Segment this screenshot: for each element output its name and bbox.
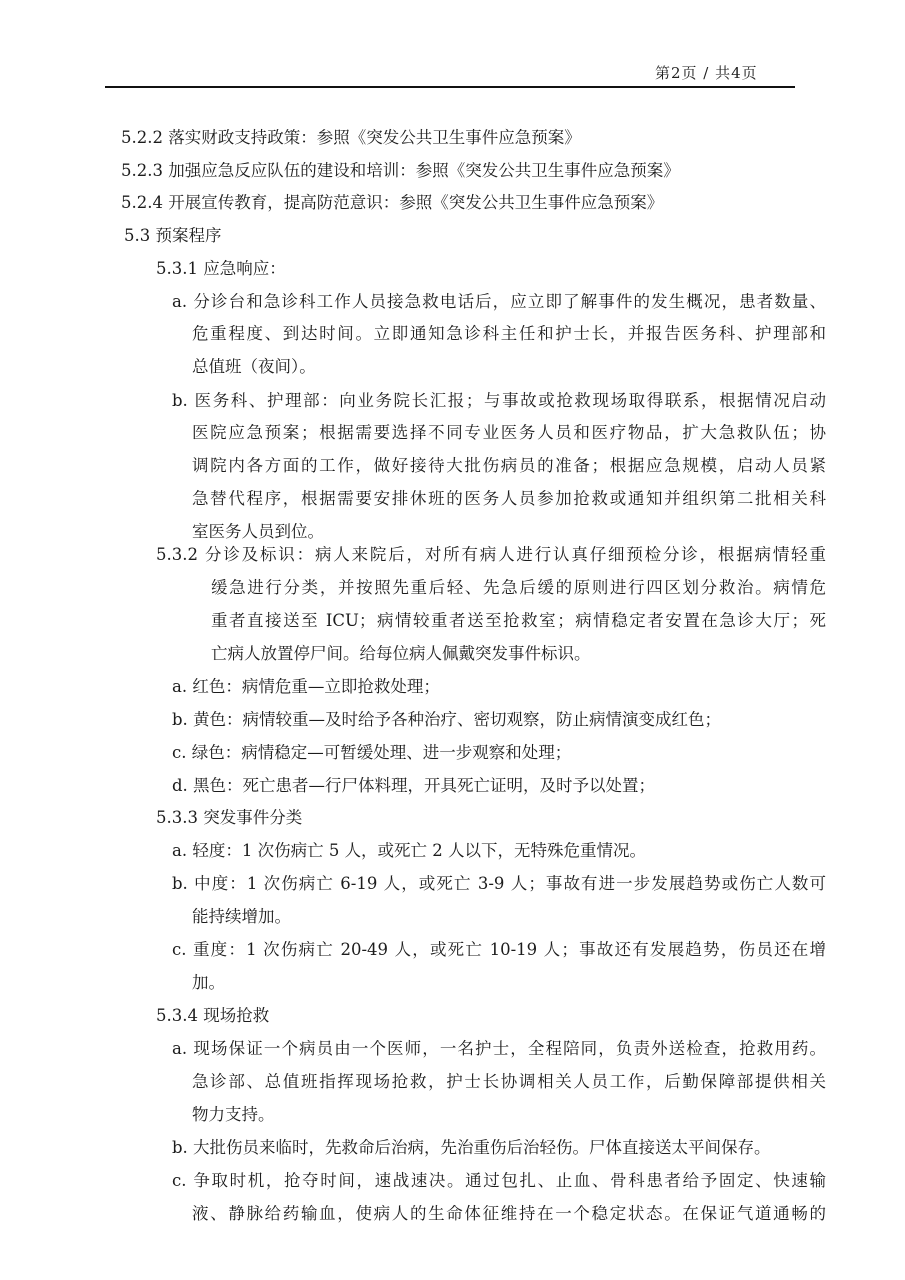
item-5-3-1-a-line-1: a. 分诊台和急诊科工作人员接急救电话后，应立即了解事件的发生概况，患者数量、 bbox=[172, 291, 826, 313]
section-5-3-heading: 5.3 预案程序 bbox=[124, 225, 222, 247]
severity-severe-line-1: c. 重度：1 次伤病亡 20-49 人，或死亡 10-19 人；事故还有发展趋… bbox=[172, 939, 826, 961]
rescue-a-line-1: a. 现场保证一个病员由一个医师，一名护士，全程陪同，负责外送检查，抢救用药。 bbox=[172, 1038, 826, 1060]
triage-green: c. 绿色：病情稳定—可暂缓处理、进一步观察和处理； bbox=[172, 742, 571, 764]
document-page: 第2页 / 共4页 5.2.2 落实财政支持政策：参照《突发公共卫生事件应急预案… bbox=[0, 0, 905, 1280]
item-5-3-1-b-line-2: 医院应急预案；根据需要选择不同专业医务人员和医疗物品，扩大急救队伍；协 bbox=[192, 422, 826, 444]
severity-moderate-line-1: b. 中度：1 次伤病亡 6-19 人，或死亡 3-9 人；事故有进一步发展趋势… bbox=[172, 873, 826, 895]
severity-severe-line-2: 加。 bbox=[192, 972, 225, 994]
section-5-2-4: 5.2.4 开展宣传教育，提高防范意识：参照《突发公共卫生事件应急预案》 bbox=[121, 192, 663, 214]
rescue-c-line-2: 液、静脉给药输血，使病人的生命体征维持在一个稳定状态。在保证气道通畅的 bbox=[192, 1203, 826, 1225]
section-5-3-2-line-2: 缓急进行分类，并按照先重后轻、先急后缓的原则进行四区划分救治。病情危 bbox=[211, 577, 826, 599]
header-divider bbox=[105, 86, 795, 88]
section-5-3-2-line-4: 亡病人放置停尸间。给每位病人佩戴突发事件标识。 bbox=[211, 643, 591, 665]
rescue-a-line-2: 急诊部、总值班指挥现场抢救，护士长协调相关人员工作，后勤保障部提供相关 bbox=[192, 1071, 826, 1093]
section-5-3-1-heading: 5.3.1 应急响应： bbox=[156, 258, 286, 280]
item-5-3-1-a-line-3: 总值班（夜间）。 bbox=[192, 356, 316, 378]
item-5-3-1-b-line-1: b. 医务科、护理部：向业务院长汇报；与事故或抢救现场取得联系，根据情况启动 bbox=[172, 390, 826, 412]
item-5-3-1-a-line-2: 危重程度、到达时间。立即通知急诊科主任和护士长，并报告医务科、护理部和 bbox=[192, 323, 826, 345]
section-5-3-3-heading: 5.3.3 突发事件分类 bbox=[156, 807, 302, 829]
section-5-2-3: 5.2.3 加强应急反应队伍的建设和培训：参照《突发公共卫生事件应急预案》 bbox=[121, 160, 680, 182]
severity-mild: a. 轻度：1 次伤病亡 5 人，或死亡 2 人以下，无特殊危重情况。 bbox=[172, 840, 646, 862]
rescue-c-line-1: c. 争取时机，抢夺时间，速战速决。通过包扎、止血、骨科患者给予固定、快速输 bbox=[172, 1170, 826, 1192]
rescue-a-line-3: 物力支持。 bbox=[192, 1104, 275, 1126]
section-5-2-2: 5.2.2 落实财政支持政策：参照《突发公共卫生事件应急预案》 bbox=[121, 127, 581, 149]
triage-black: d. 黑色：死亡患者—行尸体料理，开具死亡证明，及时予以处置； bbox=[172, 775, 655, 797]
triage-red: a. 红色：病情危重—立即抢救处理； bbox=[172, 676, 440, 698]
section-5-3-4-heading: 5.3.4 现场抢救 bbox=[156, 1005, 269, 1027]
section-5-3-2-line-3: 重者直接送至 ICU；病情较重者送至抢救室；病情稳定者安置在急诊大厅；死 bbox=[211, 610, 826, 632]
section-5-3-2-line-1: 5.3.2 分诊及标识：病人来院后，对所有病人进行认真仔细预检分诊，根据病情轻重 bbox=[156, 544, 826, 566]
page-indicator: 第2页 / 共4页 bbox=[655, 62, 758, 83]
item-5-3-1-b-line-3: 调院内各方面的工作，做好接待大批伤病员的准备；根据应急规模，启动人员紧 bbox=[192, 455, 826, 477]
triage-yellow: b. 黄色：病情较重—及时给予各种治疗、密切观察，防止病情演变成红色； bbox=[172, 709, 721, 731]
rescue-b: b. 大批伤员来临时，先救命后治病，先治重伤后治轻伤。尸体直接送太平间保存。 bbox=[172, 1137, 771, 1159]
item-5-3-1-b-line-4: 急替代程序，根据需要安排休班的医务人员参加抢救或通知并组织第二批相关科 bbox=[192, 488, 826, 510]
severity-moderate-line-2: 能持续增加。 bbox=[192, 906, 291, 928]
item-5-3-1-b-line-5: 室医务人员到位。 bbox=[192, 521, 324, 543]
